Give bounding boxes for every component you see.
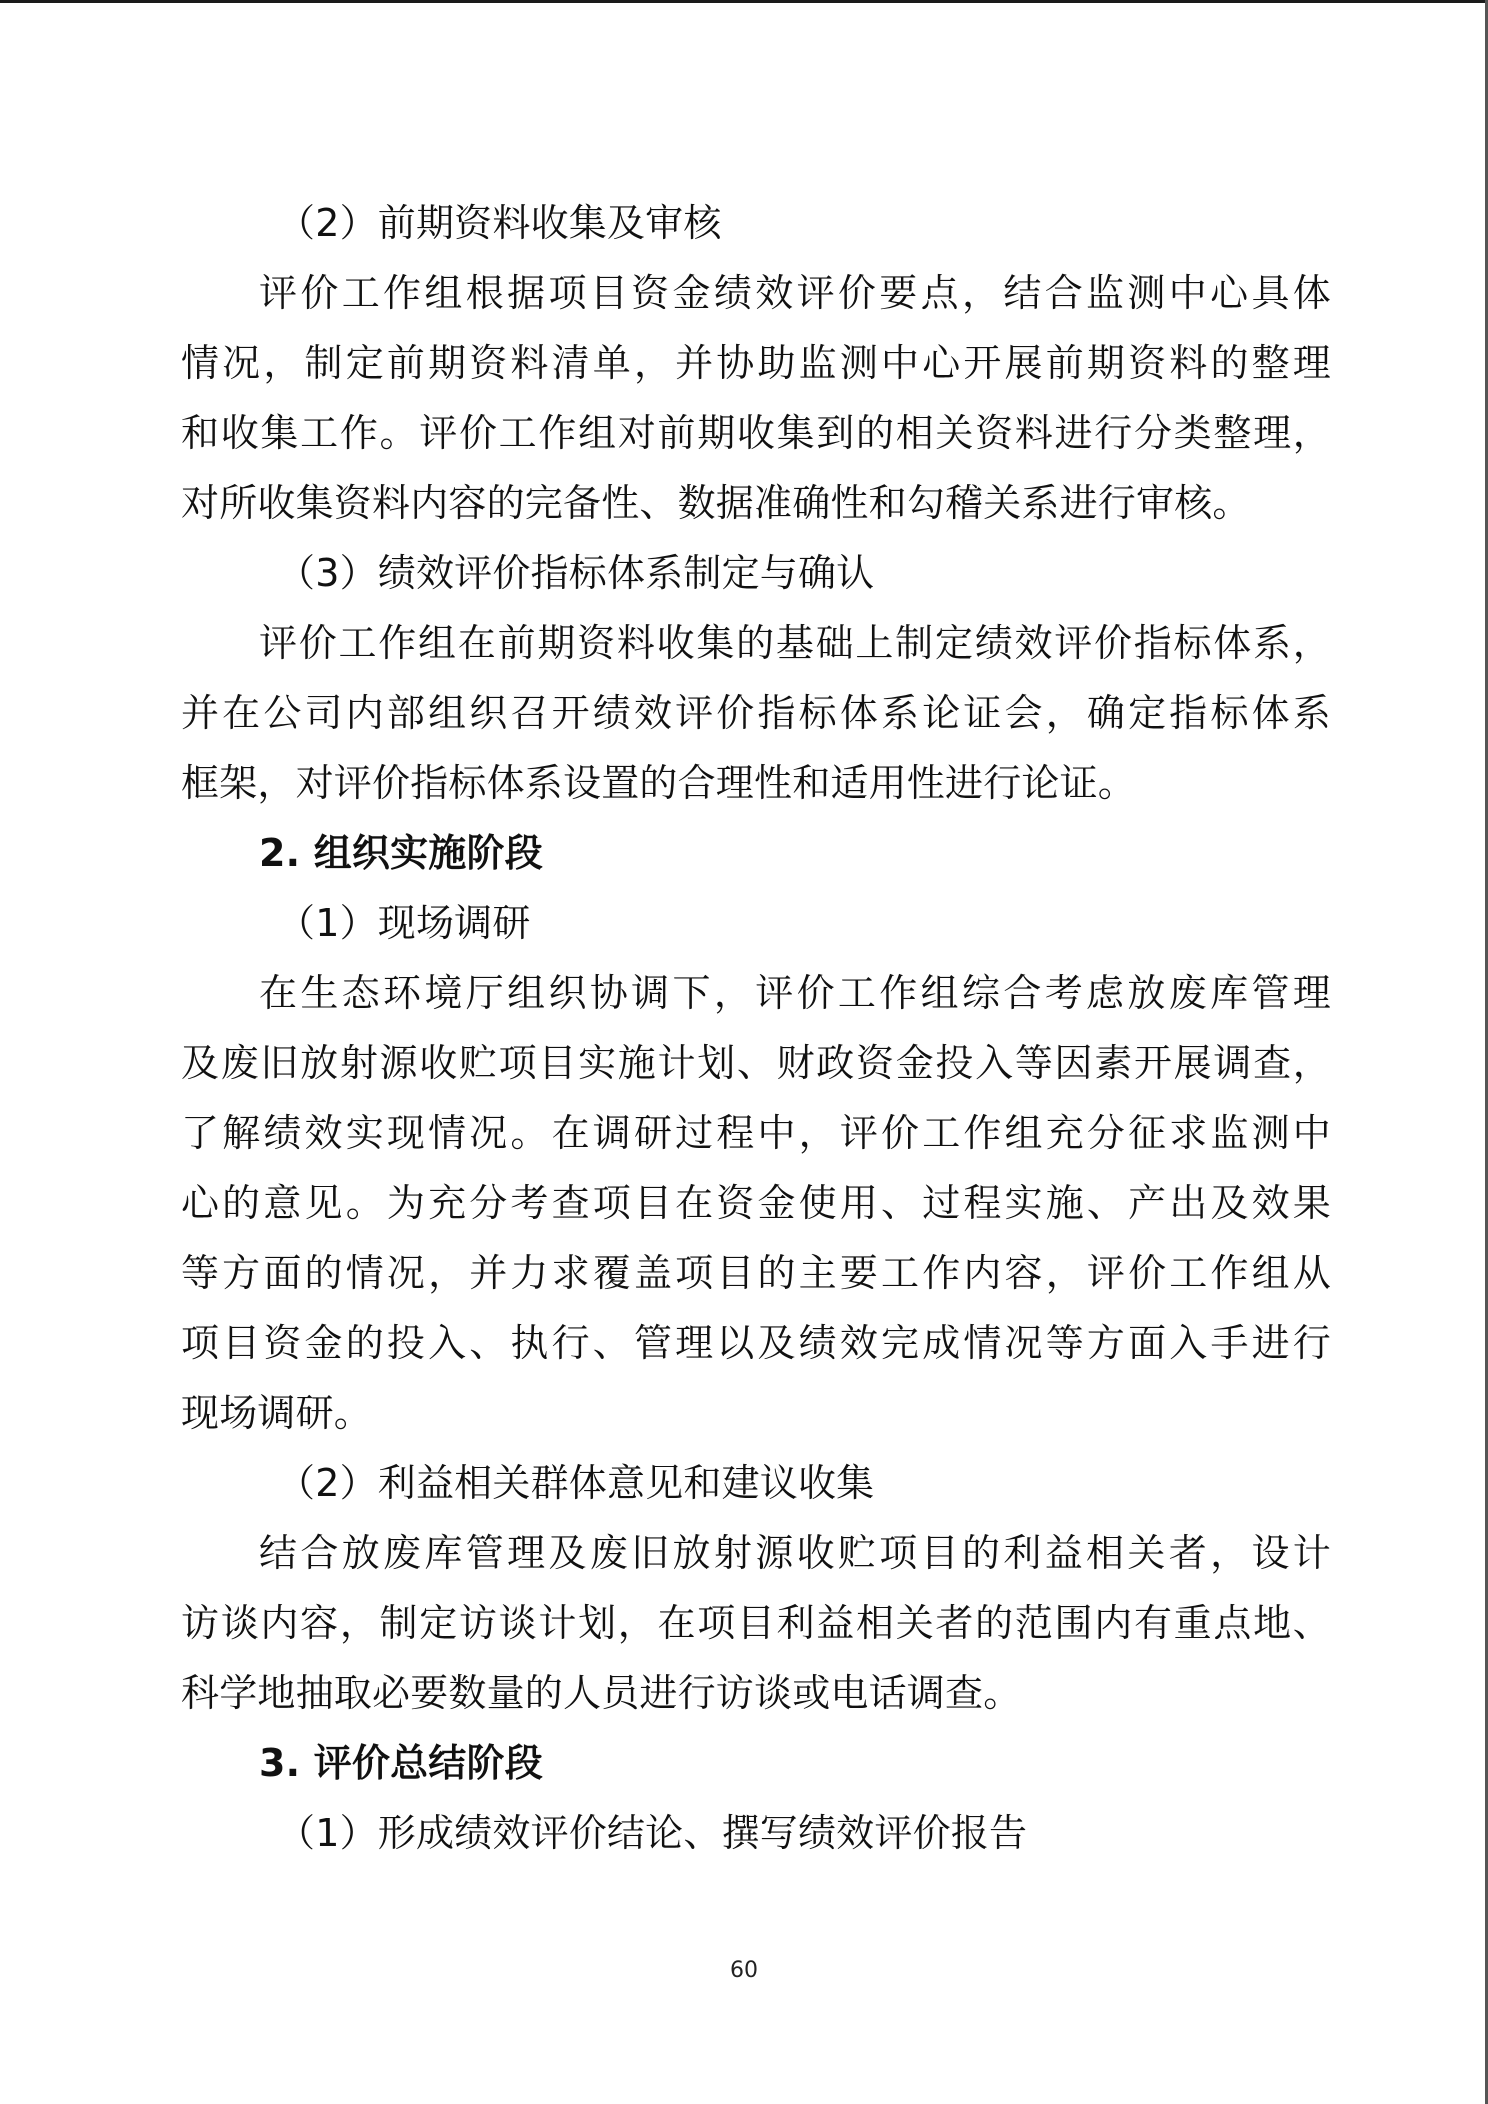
paragraph-line: 了解绩效实现情况。在调研过程中，评价工作组充分征求监测中 <box>181 1098 1331 1168</box>
paragraph-line: 评价工作组在前期资料收集的基础上制定绩效评价指标体系， <box>181 608 1331 678</box>
section-heading-summary-stage: 3. 评价总结阶段 <box>181 1728 1331 1798</box>
subheading-indicator-system: （3）绩效评价指标体系制定与确认 <box>181 538 1331 608</box>
paragraph-line: 评价工作组根据项目资金绩效评价要点，结合监测中心具体 <box>181 258 1331 328</box>
document-page: （2）前期资料收集及审核 评价工作组根据项目资金绩效评价要点，结合监测中心具体 … <box>181 188 1331 1868</box>
paragraph-line: 现场调研。 <box>181 1378 1331 1448</box>
paragraph-line: 在生态环境厅组织协调下，评价工作组综合考虑放废库管理 <box>181 958 1331 1028</box>
page-top-border <box>0 0 1488 3</box>
paragraph-line: 对所收集资料内容的完备性、数据准确性和勾稽关系进行审核。 <box>181 468 1331 538</box>
paragraph-line: 科学地抽取必要数量的人员进行访谈或电话调查。 <box>181 1658 1331 1728</box>
section-heading-implementation-stage: 2. 组织实施阶段 <box>181 818 1331 888</box>
page-number: 60 <box>0 1958 1488 1983</box>
subheading-preliminary-data-collection: （2）前期资料收集及审核 <box>181 188 1331 258</box>
paragraph-line: 等方面的情况，并力求覆盖项目的主要工作内容，评价工作组从 <box>181 1238 1331 1308</box>
paragraph-line: 心的意见。为充分考查项目在资金使用、过程实施、产出及效果 <box>181 1168 1331 1238</box>
subheading-field-research: （1）现场调研 <box>181 888 1331 958</box>
paragraph-line: 项目资金的投入、执行、管理以及绩效完成情况等方面入手进行 <box>181 1308 1331 1378</box>
paragraph-line: 情况，制定前期资料清单，并协助监测中心开展前期资料的整理 <box>181 328 1331 398</box>
paragraph-line: 框架，对评价指标体系设置的合理性和适用性进行论证。 <box>181 748 1331 818</box>
paragraph-line: 访谈内容，制定访谈计划，在项目利益相关者的范围内有重点地、 <box>181 1588 1331 1658</box>
subheading-stakeholder-feedback: （2）利益相关群体意见和建议收集 <box>181 1448 1331 1518</box>
paragraph-line: 和收集工作。评价工作组对前期收集到的相关资料进行分类整理， <box>181 398 1331 468</box>
paragraph-line: 并在公司内部组织召开绩效评价指标体系论证会，确定指标体系 <box>181 678 1331 748</box>
paragraph-line: 结合放废库管理及废旧放射源收贮项目的利益相关者，设计 <box>181 1518 1331 1588</box>
subheading-evaluation-report: （1）形成绩效评价结论、撰写绩效评价报告 <box>181 1798 1331 1868</box>
paragraph-line: 及废旧放射源收贮项目实施计划、财政资金投入等因素开展调查， <box>181 1028 1331 1098</box>
